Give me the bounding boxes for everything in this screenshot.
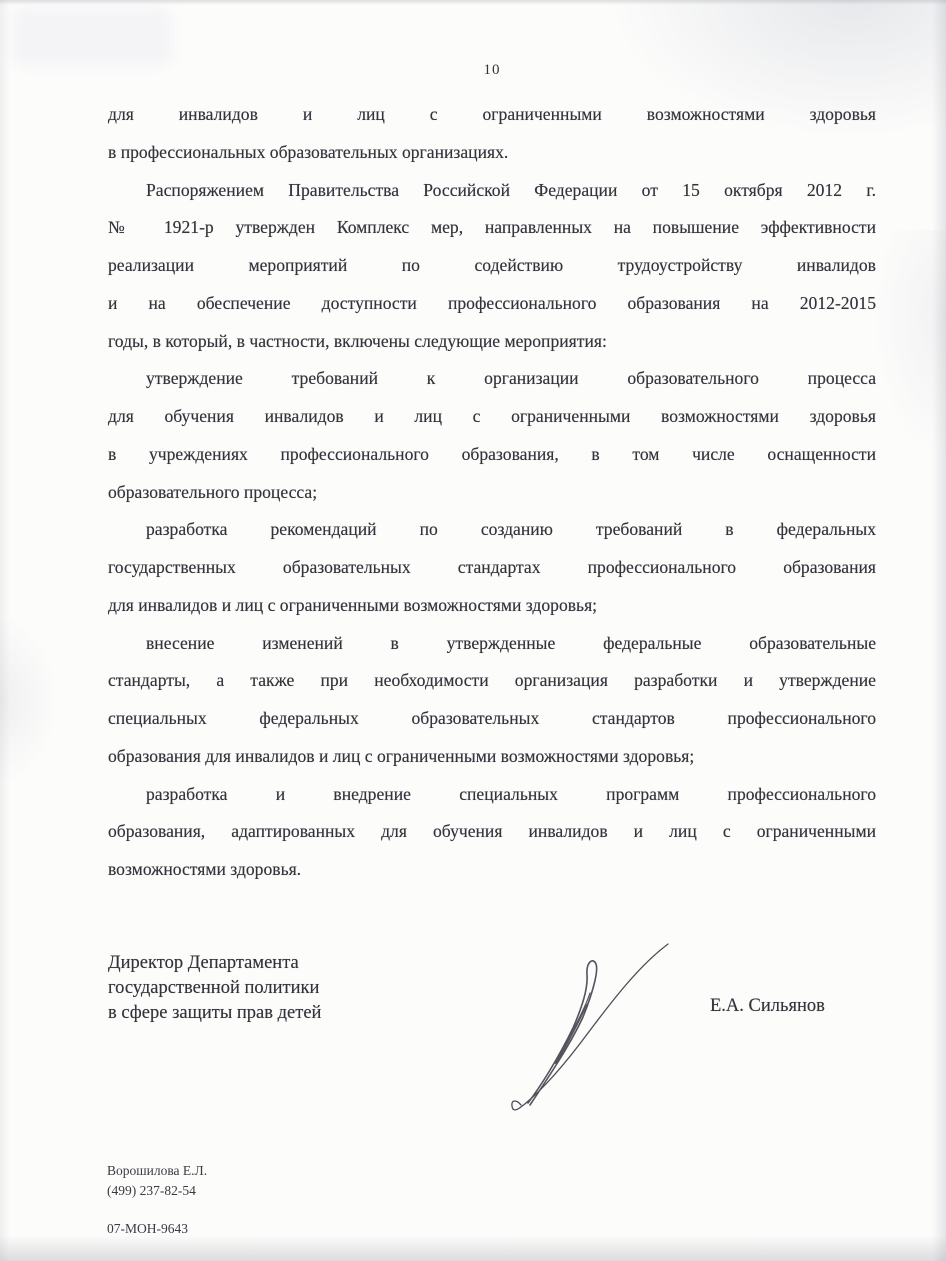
text-line: возможностями здоровья.: [108, 851, 876, 889]
text-line: для обучения инвалидов и лиц с ограничен…: [108, 398, 876, 436]
text-line: стандарты, а также при необходимости орг…: [108, 662, 876, 700]
paragraph: разработка и внедрение специальных прогр…: [108, 776, 876, 889]
signer-name: Е.А. Сильянов: [710, 996, 825, 1017]
document-number: 07-МОН-9643: [107, 1221, 188, 1237]
text-line: разработка рекомендаций по созданию треб…: [108, 511, 876, 549]
scan-edge-top: [0, 0, 946, 5]
text-line: № 1921-р утвержден Комплекс мер, направл…: [108, 209, 876, 247]
text-line: в учреждениях профессионального образова…: [108, 436, 876, 474]
paragraph: разработка рекомендаций по созданию треб…: [108, 511, 876, 624]
text-line: годы, в который, в частности, включены с…: [108, 323, 876, 361]
scan-edge-right: [932, 0, 946, 1261]
executor-contact: Ворошилова Е.Л. (499) 237-82-54: [107, 1161, 207, 1200]
text-line: для инвалидов и лиц с ограниченными возм…: [108, 96, 876, 134]
text-line: образования, адаптированных для обучения…: [108, 813, 876, 851]
paragraph: Распоряжением Правительства Российской Ф…: [108, 172, 876, 361]
page-number: 10: [108, 62, 876, 79]
text-line: Распоряжением Правительства Российской Ф…: [108, 172, 876, 210]
executor-phone: (499) 237-82-54: [107, 1181, 207, 1201]
text-line: специальных федеральных образовательных …: [108, 700, 876, 738]
signer-position-line: в сфере защиты прав детей: [108, 1001, 321, 1026]
scan-patch-top-left: [12, 8, 172, 66]
scan-edge-bottom: [0, 1235, 946, 1261]
paragraph: для инвалидов и лиц с ограниченными возм…: [108, 96, 876, 172]
signer-position: Директор Департамента государственной по…: [108, 951, 321, 1025]
text-line: для инвалидов и лиц с ограниченными возм…: [108, 587, 876, 625]
text-line: в профессиональных образовательных орган…: [108, 134, 876, 172]
scan-edge-left: [0, 0, 10, 1261]
text-line: и на обеспечение доступности профессиона…: [108, 285, 876, 323]
paragraph: внесение изменений в утвержденные федера…: [108, 625, 876, 776]
text-line: государственных образовательных стандарт…: [108, 549, 876, 587]
signer-position-line: Директор Департамента: [108, 951, 321, 976]
paragraph: утверждение требований к организации обр…: [108, 360, 876, 511]
text-line: реализации мероприятий по содействию тру…: [108, 247, 876, 285]
handwritten-signature-icon: [500, 935, 675, 1120]
executor-name: Ворошилова Е.Л.: [107, 1161, 207, 1181]
document-body: для инвалидов и лиц с ограниченными возм…: [108, 96, 876, 889]
text-line: внесение изменений в утвержденные федера…: [108, 625, 876, 663]
text-line: утверждение требований к организации обр…: [108, 360, 876, 398]
signer-position-line: государственной политики: [108, 976, 321, 1001]
scan-smudge-right: [876, 230, 946, 450]
text-line: образования для инвалидов и лиц с ограни…: [108, 738, 876, 776]
scan-smudge-left: [0, 620, 55, 780]
text-line: разработка и внедрение специальных прогр…: [108, 776, 876, 814]
text-line: образовательного процесса;: [108, 474, 876, 512]
scanned-document-page: 10 для инвалидов и лиц с ограниченными в…: [0, 0, 946, 1261]
